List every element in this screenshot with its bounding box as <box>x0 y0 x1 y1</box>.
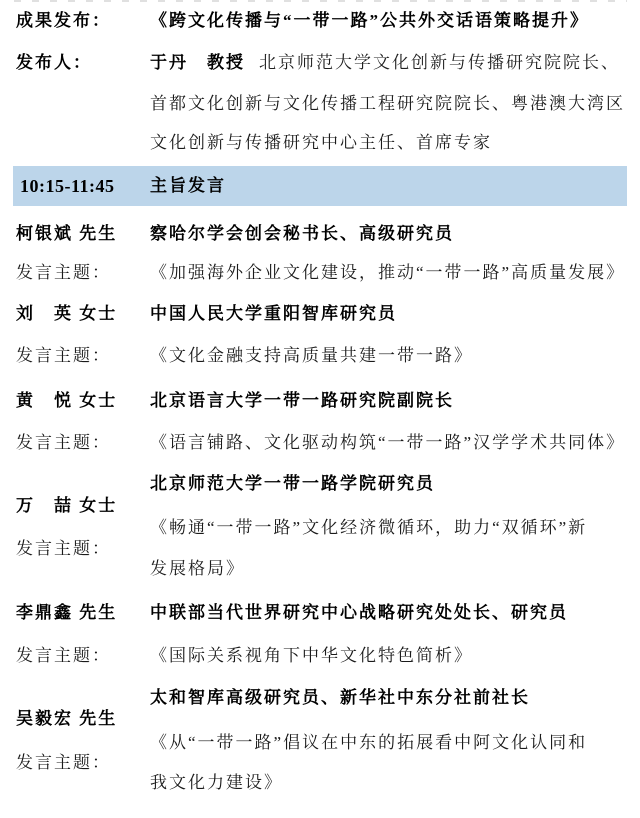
presenter-row-3: 文化创新与传播研究中心主任、首席专家 <box>0 130 640 156</box>
topic-row: 发言主题： 《文化金融支持高质量共建一带一路》 <box>0 343 640 369</box>
topic-label: 发言主题： <box>16 430 111 456</box>
topic-text: 《国际关系视角下中华文化特色简析》 <box>150 643 636 669</box>
release-label: 成果发布： <box>16 8 111 34</box>
speaker-name: 刘 英 女士 <box>16 301 117 327</box>
speaker-title: 北京语言大学一带一路研究院副院长 <box>150 388 636 414</box>
topic-row: 发言主题： 《语言铺路、文化驱动构筑“一带一路”汉学学术共同体》 <box>0 430 640 456</box>
presenter-row-2: 首都文化创新与文化传播工程研究院院长、粤港澳大湾区 <box>0 91 640 117</box>
speaker-row: 黄 悦 女士 北京语言大学一带一路研究院副院长 <box>0 388 640 414</box>
topic-row: 发言主题： 《国际关系视角下中华文化特色简析》 <box>0 643 640 669</box>
presenter-name: 于丹 教授 <box>150 53 245 72</box>
topic-label: 发言主题： <box>16 260 111 286</box>
agenda-page: 成果发布： 《跨文化传播与“一带一路”公共外交话语策略提升》 发布人： 于丹 教… <box>0 0 640 818</box>
topic-text: 《文化金融支持高质量共建一带一路》 <box>150 343 636 369</box>
session-title: 主旨发言 <box>150 173 226 199</box>
topic-text: 《加强海外企业文化建设，推动“一带一路”高质量发展》 <box>150 260 636 286</box>
speaker-title: 中国人民大学重阳智库研究员 <box>150 301 636 327</box>
session-time: 10:15-11:45 <box>20 173 115 199</box>
speaker-row: 李鼎鑫 先生 中联部当代世界研究中心战略研究处处长、研究员 <box>0 600 640 626</box>
speaker-title: 察哈尔学会创会秘书长、高级研究员 <box>150 221 636 247</box>
topic-text: 《语言铺路、文化驱动构筑“一带一路”汉学学术共同体》 <box>150 430 636 456</box>
presenter-desc-line3: 文化创新与传播研究中心主任、首席专家 <box>150 130 636 156</box>
clipped-text-artifact <box>14 0 627 2</box>
presenter-label: 发布人： <box>16 50 92 76</box>
release-title: 《跨文化传播与“一带一路”公共外交话语策略提升》 <box>150 8 636 34</box>
presenter-desc-line1: 北京师范大学文化创新与传播研究院院长、 <box>259 53 620 72</box>
topic-label: 发言主题： <box>16 643 111 669</box>
topic-text-line2: 发展格局》 <box>150 556 636 582</box>
presenter-desc-line2: 首都文化创新与文化传播工程研究院院长、粤港澳大湾区 <box>150 91 636 117</box>
topic-row: 我文化力建设》 <box>0 770 640 796</box>
speaker-title: 中联部当代世界研究中心战略研究处处长、研究员 <box>150 600 636 626</box>
session-highlight-bar: 10:15-11:45 主旨发言 <box>13 166 627 206</box>
speaker-name-row: 吴毅宏 先生 <box>0 706 640 732</box>
speaker-name: 吴毅宏 先生 <box>16 706 117 732</box>
speaker-row: 刘 英 女士 中国人民大学重阳智库研究员 <box>0 301 640 327</box>
release-row: 成果发布： 《跨文化传播与“一带一路”公共外交话语策略提升》 <box>0 8 640 34</box>
topic-row: 发展格局》 <box>0 556 640 582</box>
speaker-name: 黄 悦 女士 <box>16 388 117 414</box>
speaker-row: 柯银斌 先生 察哈尔学会创会秘书长、高级研究员 <box>0 221 640 247</box>
speaker-name: 柯银斌 先生 <box>16 221 117 247</box>
topic-text-line2: 我文化力建设》 <box>150 770 636 796</box>
speaker-name: 李鼎鑫 先生 <box>16 600 117 626</box>
topic-label: 发言主题： <box>16 343 111 369</box>
presenter-row: 发布人： 于丹 教授北京师范大学文化创新与传播研究院院长、 <box>0 50 640 76</box>
topic-row: 发言主题： 《加强海外企业文化建设，推动“一带一路”高质量发展》 <box>0 260 640 286</box>
